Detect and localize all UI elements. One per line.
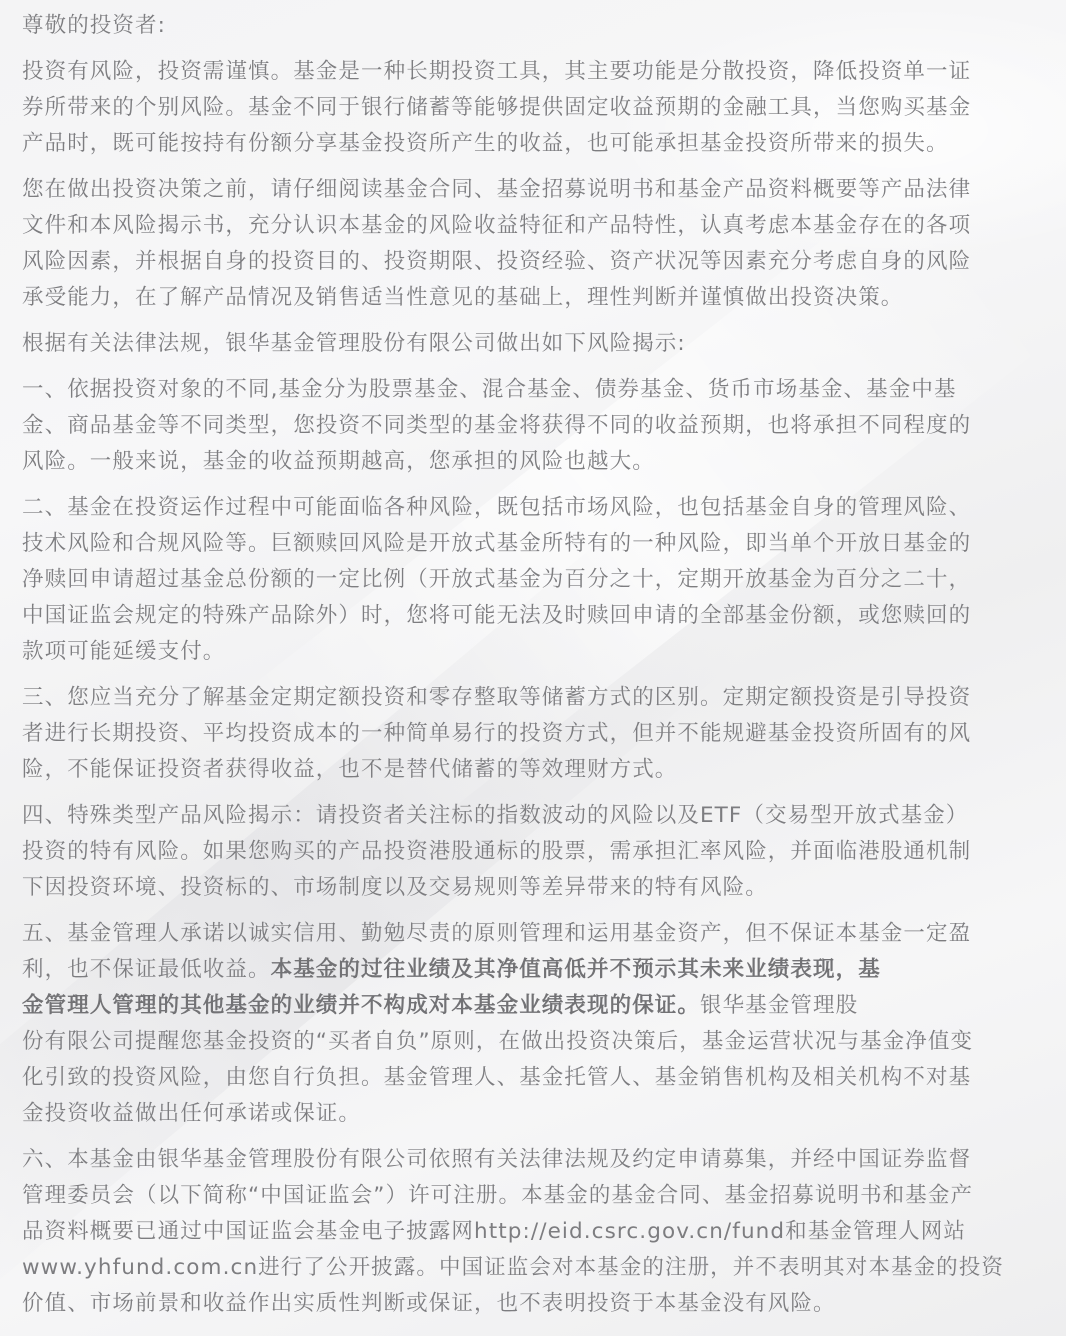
text-line: 根据有关法律法规，银华基金管理股份有限公司做出如下风险揭示: xyxy=(22,326,1052,362)
text-segment: 利，也不保证最低收益。 xyxy=(22,957,271,982)
text-segment: 风险。一般来说，基金的收益预期越高，您承担的风险也越大。 xyxy=(22,449,655,474)
text-segment: 份有限公司提醒您基金投资的“买者自负”原则，在做出投资决策后，基金运营状况与基金… xyxy=(22,1029,973,1054)
text-segment: 品资料概要已通过中国证监会基金电子披露网http://eid.csrc.gov.… xyxy=(22,1219,966,1244)
text-segment: 投资的特有风险。如果您购买的产品投资港股通标的股票，需承担汇率风险，并面临港股通… xyxy=(22,839,971,864)
paragraph-item-3: 三、您应当充分了解基金定期定额投资和零存整取等储蓄方式的区别。定期定额投资是引导… xyxy=(22,680,1052,788)
text-line: 五、基金管理人承诺以诚实信用、勤勉尽责的原则管理和运用基金资产，但不保证本基金一… xyxy=(22,916,1052,952)
paragraphs-container: 投资有风险，投资需谨慎。基金是一种长期投资工具，其主要功能是分散投资，降低投资单… xyxy=(22,54,1052,1322)
text-segment: 四、特殊类型产品风险揭示：请投资者关注标的指数波动的风险以及ETF（交易型开放式… xyxy=(22,803,968,828)
text-line: 下因投资环境、投资标的、市场制度以及交易规则等差异带来的特有风险。 xyxy=(22,870,1052,906)
text-line: 一、依据投资对象的不同,基金分为股票基金、混合基金、债券基金、货币市场基金、基金… xyxy=(22,372,1052,408)
text-segment: 根据有关法律法规，银华基金管理股份有限公司做出如下风险揭示: xyxy=(22,331,686,356)
text-line: 投资有风险，投资需谨慎。基金是一种长期投资工具，其主要功能是分散投资，降低投资单… xyxy=(22,54,1052,90)
text-segment: 金投资收益做出任何承诺或保证。 xyxy=(22,1101,361,1126)
paragraph-item-6: 六、本基金由银华基金管理股份有限公司依照有关法律法规及约定申请募集，并经中国证券… xyxy=(22,1142,1052,1322)
text-line: 风险。一般来说，基金的收益预期越高，您承担的风险也越大。 xyxy=(22,444,1052,480)
text-line: 款项可能延缓支付。 xyxy=(22,634,1052,670)
text-segment: 下因投资环境、投资标的、市场制度以及交易规则等差异带来的特有风险。 xyxy=(22,875,768,900)
text-line: 利，也不保证最低收益。本基金的过往业绩及其净值高低并不预示其未来业绩表现，基 xyxy=(22,952,1052,988)
text-line: 金管理人管理的其他基金的业绩并不构成对本基金业绩表现的保证。银华基金管理股 xyxy=(22,988,1052,1024)
text-line: 三、您应当充分了解基金定期定额投资和零存整取等储蓄方式的区别。定期定额投资是引导… xyxy=(22,680,1052,716)
text-segment: 管理委员会（以下简称“中国证监会”）许可注册。本基金的基金合同、基金招募说明书和… xyxy=(22,1183,973,1208)
text-segment: 险，不能保证投资者获得收益，也不是替代储蓄的等效理财方式。 xyxy=(22,757,677,782)
text-segment: 您在做出投资决策之前，请仔细阅读基金合同、基金招募说明书和基金产品资料概要等产品… xyxy=(22,177,971,202)
text-line: 化引致的投资风险，由您自行负担。基金管理人、基金托管人、基金销售机构及相关机构不… xyxy=(22,1060,1052,1096)
text-segment: 券所带来的个别风险。基金不同于银行储蓄等能够提供固定收益预期的金融工具，当您购买… xyxy=(22,95,971,120)
salutation: 尊敬的投资者: xyxy=(22,8,1052,44)
text-line: 金、商品基金等不同类型，您投资不同类型的基金将获得不同的收益预期，也将承担不同程… xyxy=(22,408,1052,444)
text-segment: 五、基金管理人承诺以诚实信用、勤勉尽责的原则管理和运用基金资产，但不保证本基金一… xyxy=(22,921,971,946)
emphasized-text: 本基金的过往业绩及其净值高低并不预示其未来业绩表现，基 xyxy=(271,957,881,982)
paragraph-item-5: 五、基金管理人承诺以诚实信用、勤勉尽责的原则管理和运用基金资产，但不保证本基金一… xyxy=(22,916,1052,1132)
text-line: 四、特殊类型产品风险揭示：请投资者关注标的指数波动的风险以及ETF（交易型开放式… xyxy=(22,798,1052,834)
text-segment: www.yhfund.com.cn进行了公开披露。中国证监会对本基金的注册，并不… xyxy=(22,1255,1004,1280)
paragraph-preamble: 根据有关法律法规，银华基金管理股份有限公司做出如下风险揭示: xyxy=(22,326,1052,362)
text-segment: 文件和本风险揭示书，充分认识本基金的风险收益特征和产品特性，认真考虑本基金存在的… xyxy=(22,213,971,238)
paragraph-item-4: 四、特殊类型产品风险揭示：请投资者关注标的指数波动的风险以及ETF（交易型开放式… xyxy=(22,798,1052,906)
text-segment: 中国证监会规定的特殊产品除外）时，您将可能无法及时赎回申请的全部基金份额，或您赎… xyxy=(22,603,971,628)
text-segment: 价值、市场前景和收益作出实质性判断或保证，也不表明投资于本基金没有风险。 xyxy=(22,1291,836,1316)
text-line: 六、本基金由银华基金管理股份有限公司依照有关法律法规及约定申请募集，并经中国证券… xyxy=(22,1142,1052,1178)
text-segment: 产品时，既可能按持有份额分享基金投资所产生的收益，也可能承担基金投资所带来的损失… xyxy=(22,131,949,156)
text-line: 券所带来的个别风险。基金不同于银行储蓄等能够提供固定收益预期的金融工具，当您购买… xyxy=(22,90,1052,126)
text-line: 技术风险和合规风险等。巨额赎回风险是开放式基金所特有的一种风险，即当单个开放日基… xyxy=(22,526,1052,562)
text-line: 文件和本风险揭示书，充分认识本基金的风险收益特征和产品特性，认真考虑本基金存在的… xyxy=(22,208,1052,244)
paragraph-intro: 投资有风险，投资需谨慎。基金是一种长期投资工具，其主要功能是分散投资，降低投资单… xyxy=(22,54,1052,162)
text-line: 中国证监会规定的特殊产品除外）时，您将可能无法及时赎回申请的全部基金份额，或您赎… xyxy=(22,598,1052,634)
text-line: 您在做出投资决策之前，请仔细阅读基金合同、基金招募说明书和基金产品资料概要等产品… xyxy=(22,172,1052,208)
text-line: 管理委员会（以下简称“中国证监会”）许可注册。本基金的基金合同、基金招募说明书和… xyxy=(22,1178,1052,1214)
text-line: www.yhfund.com.cn进行了公开披露。中国证监会对本基金的注册，并不… xyxy=(22,1250,1052,1286)
text-line: 风险因素，并根据自身的投资目的、投资期限、投资经验、资产状况等因素充分考虑自身的… xyxy=(22,244,1052,280)
text-line: 承受能力，在了解产品情况及销售适当性意见的基础上，理性判断并谨慎做出投资决策。 xyxy=(22,280,1052,316)
text-line: 险，不能保证投资者获得收益，也不是替代储蓄的等效理财方式。 xyxy=(22,752,1052,788)
text-segment: 银华基金管理股 xyxy=(700,993,858,1018)
text-segment: 款项可能延缓支付。 xyxy=(22,639,225,664)
text-segment: 净赎回申请超过基金总份额的一定比例（开放式基金为百分之十，定期开放基金为百分之二… xyxy=(22,567,971,592)
text-line: 净赎回申请超过基金总份额的一定比例（开放式基金为百分之十，定期开放基金为百分之二… xyxy=(22,562,1052,598)
text-segment: 承受能力，在了解产品情况及销售适当性意见的基础上，理性判断并谨慎做出投资决策。 xyxy=(22,285,903,310)
risk-disclosure-document: 尊敬的投资者: 投资有风险，投资需谨慎。基金是一种长期投资工具，其主要功能是分散… xyxy=(22,8,1052,1332)
text-segment: 化引致的投资风险，由您自行负担。基金管理人、基金托管人、基金销售机构及相关机构不… xyxy=(22,1065,971,1090)
text-line: 价值、市场前景和收益作出实质性判断或保证，也不表明投资于本基金没有风险。 xyxy=(22,1286,1052,1322)
paragraph-item-2: 二、基金在投资运作过程中可能面临各种风险，既包括市场风险，也包括基金自身的管理风… xyxy=(22,490,1052,670)
salutation-paragraph: 尊敬的投资者: xyxy=(22,8,1052,44)
text-segment: 三、您应当充分了解基金定期定额投资和零存整取等储蓄方式的区别。定期定额投资是引导… xyxy=(22,685,971,710)
text-segment: 金、商品基金等不同类型，您投资不同类型的基金将获得不同的收益预期，也将承担不同程… xyxy=(22,413,971,438)
text-line: 金投资收益做出任何承诺或保证。 xyxy=(22,1096,1052,1132)
text-segment: 技术风险和合规风险等。巨额赎回风险是开放式基金所特有的一种风险，即当单个开放日基… xyxy=(22,531,971,556)
text-line: 者进行长期投资、平均投资成本的一种简单易行的投资方式，但并不能规避基金投资所固有… xyxy=(22,716,1052,752)
text-line: 投资的特有风险。如果您购买的产品投资港股通标的股票，需承担汇率风险，并面临港股通… xyxy=(22,834,1052,870)
emphasized-text: 金管理人管理的其他基金的业绩并不构成对本基金业绩表现的保证。 xyxy=(22,993,700,1018)
text-segment: 二、基金在投资运作过程中可能面临各种风险，既包括市场风险，也包括基金自身的管理风… xyxy=(22,495,971,520)
text-segment: 风险因素，并根据自身的投资目的、投资期限、投资经验、资产状况等因素充分考虑自身的… xyxy=(22,249,971,274)
text-line: 二、基金在投资运作过程中可能面临各种风险，既包括市场风险，也包括基金自身的管理风… xyxy=(22,490,1052,526)
text-line: 份有限公司提醒您基金投资的“买者自负”原则，在做出投资决策后，基金运营状况与基金… xyxy=(22,1024,1052,1060)
paragraph-item-1: 一、依据投资对象的不同,基金分为股票基金、混合基金、债券基金、货币市场基金、基金… xyxy=(22,372,1052,480)
text-segment: 者进行长期投资、平均投资成本的一种简单易行的投资方式，但并不能规避基金投资所固有… xyxy=(22,721,971,746)
paragraph-before-decision: 您在做出投资决策之前，请仔细阅读基金合同、基金招募说明书和基金产品资料概要等产品… xyxy=(22,172,1052,316)
text-segment: 投资有风险，投资需谨慎。基金是一种长期投资工具，其主要功能是分散投资，降低投资单… xyxy=(22,59,971,84)
text-segment: 六、本基金由银华基金管理股份有限公司依照有关法律法规及约定申请募集，并经中国证券… xyxy=(22,1147,971,1172)
text-line: 产品时，既可能按持有份额分享基金投资所产生的收益，也可能承担基金投资所带来的损失… xyxy=(22,126,1052,162)
text-segment: 一、依据投资对象的不同,基金分为股票基金、混合基金、债券基金、货币市场基金、基金… xyxy=(22,377,957,402)
text-line: 品资料概要已通过中国证监会基金电子披露网http://eid.csrc.gov.… xyxy=(22,1214,1052,1250)
